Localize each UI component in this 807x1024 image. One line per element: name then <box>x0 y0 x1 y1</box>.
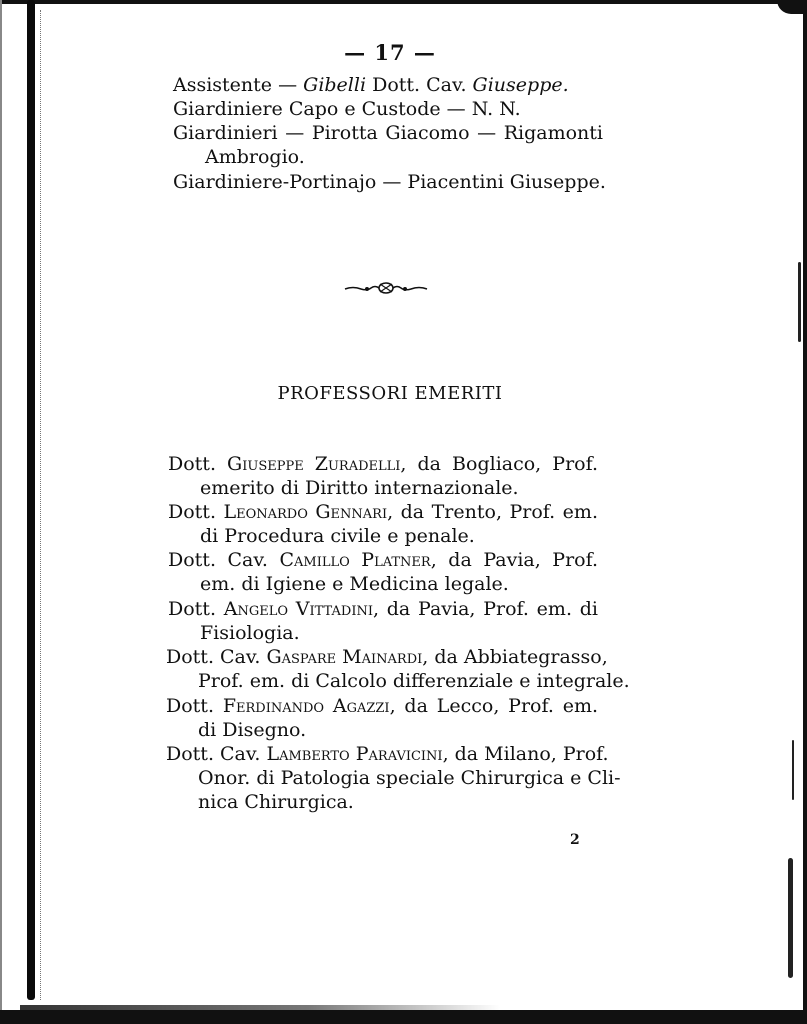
professor-entry: Dott. Cav. Lamberto Paravicini, da Milan… <box>166 742 598 766</box>
staff-line-portinajo: Giardiniere-Portinajo — Piacentini Giuse… <box>173 170 606 194</box>
staff-line-assistente: Assistente — Gibelli Dott. Cav. Giuseppe… <box>173 73 569 97</box>
page-number: — 17 — <box>0 40 780 65</box>
professor-name: Giuseppe Zuradelli <box>227 453 400 475</box>
professor-details: , da Pavia, Prof. em. di <box>373 598 598 620</box>
professor-name: Ferdinando Agazzi <box>223 695 390 717</box>
staff-line-capo: Giardiniere Capo e Custode — N. N. <box>173 97 521 121</box>
role-label: Assistente — <box>173 74 297 96</box>
professor-entry-cont: Prof. em. di Calcolo differenziale e int… <box>198 669 598 693</box>
professor-entry: Dott. Angelo Vittadini, da Pavia, Prof. … <box>168 597 598 621</box>
prefix: Dott. Cav. <box>166 743 260 765</box>
professor-details: , da Lecco, Prof. em. <box>390 695 598 717</box>
prefix: Dott. <box>168 453 216 475</box>
professor-entry-cont: di Procedura civile e penale. <box>200 524 475 548</box>
professor-entry-cont: Onor. di Patologia speciale Chirurgica e… <box>198 766 598 790</box>
title: Dott. Cav. <box>372 74 466 96</box>
professor-entry: Dott. Cav. Camillo Platner, da Pavia, Pr… <box>168 548 598 572</box>
surname: Gibelli <box>303 74 366 96</box>
professor-entry-cont: Fisiologia. <box>200 621 300 645</box>
prefix: Dott. Cav. <box>166 646 260 668</box>
professor-entry-cont: emerito di Diritto internazionale. <box>200 476 519 500</box>
prefix: Dott. <box>168 598 216 620</box>
prefix: Dott. <box>168 501 216 523</box>
professor-name: Camillo Platner <box>279 549 430 571</box>
professor-details: , da Milano, Prof. <box>443 743 609 765</box>
professor-details: , da Bogliaco, Prof. <box>400 453 598 475</box>
professor-details: , da Trento, Prof. em. <box>387 501 598 523</box>
professor-entry: Dott. Leonardo Gennari, da Trento, Prof.… <box>168 500 598 524</box>
professor-entry: Dott. Ferdinando Agazzi, da Lecco, Prof.… <box>166 694 598 718</box>
staff-line-giardinieri-cont: Ambrogio. <box>205 145 305 169</box>
section-title: PROFESSORI EMERITI <box>0 383 780 404</box>
professor-entry-cont: di Disegno. <box>198 718 306 742</box>
professor-entry: Dott. Cav. Gaspare Mainardi, da Abbiateg… <box>166 645 598 669</box>
prefix: Dott. <box>166 695 214 717</box>
professor-name: Leonardo Gennari <box>223 501 387 523</box>
professor-name: Gaspare Mainardi <box>266 646 422 668</box>
professor-details: , da Abbiategrasso, <box>422 646 608 668</box>
fleuron-ornament-icon <box>343 280 429 296</box>
professor-details: , da Pavia, Prof. <box>431 549 598 571</box>
prefix: Dott. Cav. <box>168 549 268 571</box>
professor-entry-cont: nica Chirurgica. <box>198 790 354 814</box>
professor-entry-cont: em. di Igiene e Medicina legale. <box>200 572 509 596</box>
professor-entry: Dott. Giuseppe Zuradelli, da Bogliaco, P… <box>168 452 598 476</box>
staff-line-giardinieri: Giardinieri — Pirotta Giacomo — Rigamont… <box>173 121 603 145</box>
professor-name: Lamberto Paravicini <box>266 743 442 765</box>
signature-mark: 2 <box>570 832 580 848</box>
given-name: Giuseppe. <box>473 74 569 96</box>
professor-name: Angelo Vittadini <box>224 598 373 620</box>
document-page: — 17 — Assistente — Gibelli Dott. Cav. G… <box>0 0 807 1024</box>
